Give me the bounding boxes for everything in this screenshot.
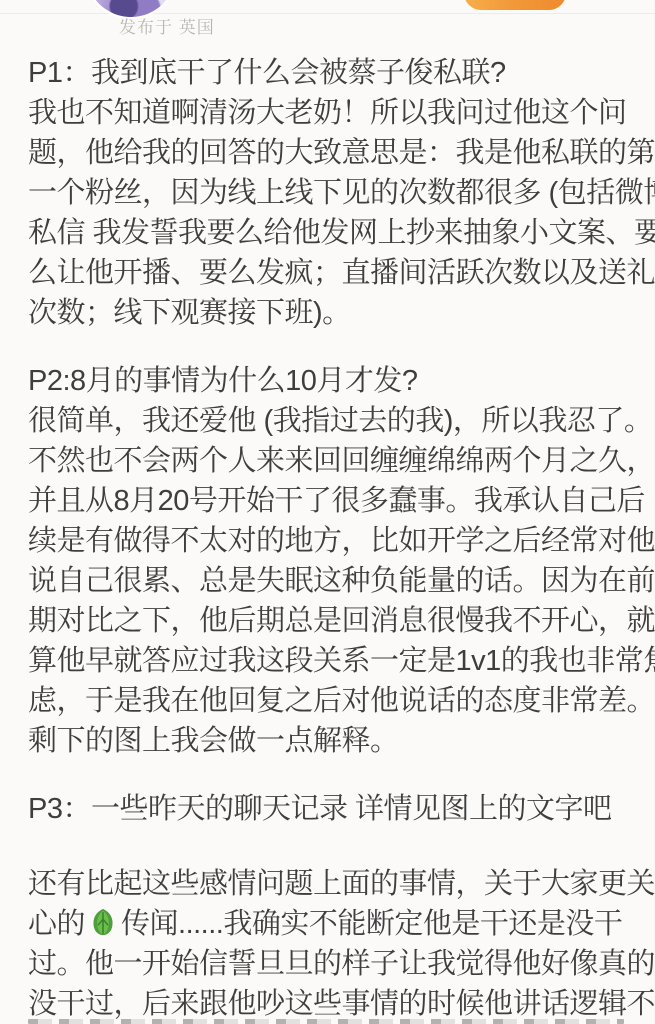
- text-line: 过。他一开始信誓旦旦的样子让我觉得他好像真的: [28, 944, 635, 984]
- text-line: P2:8月的事情为什么10月才发?: [28, 361, 635, 401]
- text-line: 次数；线下观赛接下班)。: [28, 293, 635, 333]
- text-line: P3：一些昨天的聊天记录 详情见图上的文字吧: [28, 789, 635, 829]
- text-line: 虑，于是我在他回复之后对他说话的态度非常差。: [28, 681, 635, 721]
- text-line: 心的传闻......我确实不能断定他是干还是没干: [28, 904, 635, 944]
- text-line: 私信 我发誓我要么给他发网上抄来抽象小文案、要: [28, 213, 635, 253]
- text-line: 期对比之下，他后期总是回消息很慢我不开心，就: [28, 601, 635, 641]
- text-line: 没干过，后来跟他吵这些事情的时候他讲话逻辑不: [28, 984, 635, 1024]
- avatar[interactable]: [86, 0, 176, 17]
- text-line: 一个粉丝，因为线上线下见的次数都很多 (包括微博: [28, 173, 635, 213]
- follow-button[interactable]: [464, 0, 566, 10]
- paragraph-p1: P1：我到底干了什么会被蔡子俊私联?我也不知道啊清汤大老奶！所以我问过他这个问题…: [28, 53, 635, 333]
- paragraph-p4: 还有比起这些感情问题上面的事情，关于大家更关心的传闻......我确实不能断定他…: [28, 857, 635, 1024]
- text-line: 么让他开播、要么发疯；直播间活跃次数以及送礼: [28, 253, 635, 293]
- post-body: P1：我到底干了什么会被蔡子俊私联?我也不知道啊清汤大老奶！所以我问过他这个问题…: [0, 53, 655, 1024]
- header-divider: [0, 13, 655, 14]
- text-line: 很简单，我还爱他 (我指过去的我)，所以我忍了。: [28, 401, 635, 441]
- text-line: 不然也不会两个人来来回回缠缠绵绵两个月之久，: [28, 441, 635, 481]
- text-line: 剩下的图上我会做一点解释。: [28, 721, 635, 761]
- text-line: 并且从8月20号开始干了很多蠢事。我承认自己后: [28, 481, 635, 521]
- post-screenshot: 发布于 英国 P1：我到底干了什么会被蔡子俊私联?我也不知道啊清汤大老奶！所以我…: [0, 0, 655, 1024]
- post-location: 发布于 英国: [119, 17, 215, 38]
- paragraph-p3: P3：一些昨天的聊天记录 详情见图上的文字吧: [28, 789, 635, 829]
- text-line: P1：我到底干了什么会被蔡子俊私联?: [28, 53, 635, 93]
- text-line: 题，他给我的回答的大致意思是：我是他私联的第: [28, 133, 635, 173]
- text-line: 算他早就答应过我这段关系一定是1v1的我也非常焦: [28, 641, 635, 681]
- text-line: 说自己很累、总是失眠这种负能量的话。因为在前: [28, 561, 635, 601]
- leafy-green-emoji-icon: [88, 907, 118, 937]
- paragraph-p2: P2:8月的事情为什么10月才发?很简单，我还爱他 (我指过去的我)，所以我忍了…: [28, 361, 635, 761]
- text-line: 我也不知道啊清汤大老奶！所以我问过他这个问: [28, 93, 635, 133]
- text-line: 还有比起这些感情问题上面的事情，关于大家更关: [28, 864, 635, 904]
- clipped-text-line: [28, 1019, 624, 1024]
- text-line: 续是有做得不太对的地方，比如开学之后经常对他: [28, 521, 635, 561]
